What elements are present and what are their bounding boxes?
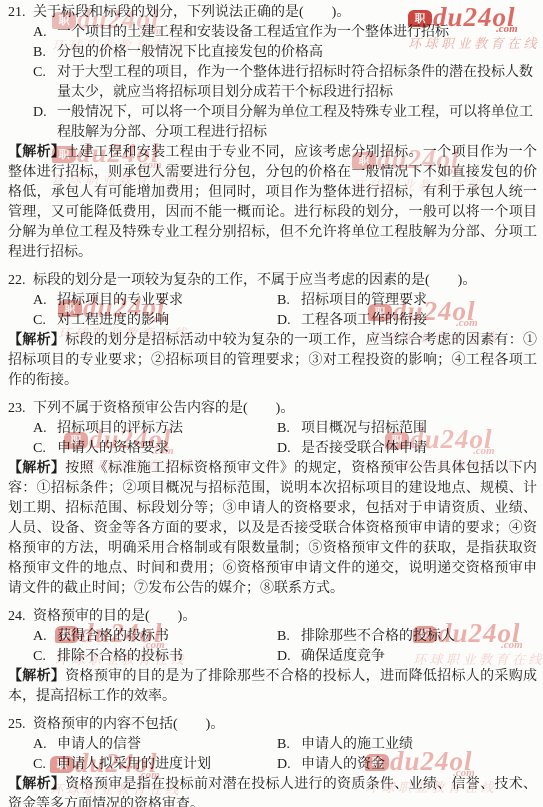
question-number: 22. [8, 271, 33, 291]
explanation: 【解析】资格预审是指在投标前对潜在投标人进行的资质条件、业绩、信誉、技术、资金等… [8, 775, 537, 807]
option-d: D.申请人的资金 [277, 755, 537, 775]
option-d: D.是否接受联合体申请 [277, 439, 537, 459]
option-label: A. [33, 627, 57, 647]
option-label: C. [33, 311, 57, 331]
option-a: A.招标项目的评标方法 [33, 419, 277, 439]
option-label: D. [277, 311, 301, 331]
explanation-text: 土建工程和安装工程由于专业不同，应该考虑分别招标。一个项目作为一个整体进行招标，… [8, 145, 537, 260]
option-text: 工程各项工作的衔接 [301, 311, 537, 331]
question-number: 23. [8, 399, 33, 419]
option-label: B. [33, 43, 57, 63]
option-text: 对工程进度的影响 [57, 311, 277, 331]
option-a: A.招标项目的专业要求 [33, 291, 277, 311]
question-number: 21. [8, 3, 33, 23]
explanation-text: 标段的划分是招标活动中较为复杂的一项工作，应当综合考虑的因素有：①招标项目的专业… [8, 333, 537, 388]
explanation: 【解析】标段的划分是招标活动中较为复杂的一项工作，应当综合考虑的因素有：①招标项… [8, 331, 537, 391]
option-label: B. [277, 735, 301, 755]
option-d: D.一般情况下，可以将一个项目分解为单位工程及特殊专业工程，可以将单位工程肢解为… [8, 103, 537, 143]
option-label: C. [33, 647, 57, 667]
option-label: A. [33, 735, 57, 755]
question-21: 21. 关于标段和标段的划分，下列说法正确的是( )。 A.一个项目的土建工程和… [8, 3, 537, 263]
option-c: C.对工程进度的影响 [33, 311, 277, 331]
option-text: 排除不合格的投标书 [57, 647, 277, 667]
option-text: 招标项目的评标方法 [57, 419, 277, 439]
option-text: 确保适度竞争 [301, 647, 537, 667]
option-label: B. [277, 291, 301, 311]
option-c: C.排除不合格的投标书 [33, 647, 277, 667]
option-d: D.确保适度竞争 [277, 647, 537, 667]
explanation-label: 【解析】 [8, 777, 65, 792]
option-text: 招标项目的专业要求 [57, 291, 277, 311]
option-text: 招标项目的管理要求 [301, 291, 537, 311]
option-text: 获得合格的投标书 [57, 627, 277, 647]
option-b: B.项目概况与招标范围 [277, 419, 537, 439]
option-text: 是否接受联合体申请 [301, 439, 537, 459]
option-label: B. [277, 419, 301, 439]
option-b: B.申请人的施工业绩 [277, 735, 537, 755]
question-stem: 下列不属于资格预审公告内容的是( )。 [33, 399, 537, 419]
option-text: 申请人的资金 [301, 755, 537, 775]
question-stem: 关于标段和标段的划分，下列说法正确的是( )。 [33, 3, 537, 23]
explanation: 【解析】资格预审的目的是为了排除那些不合格的投标人，进而降低招标人的采购成本，提… [8, 667, 537, 707]
option-text: 一个项目的土建工程和安装设备工程适宜作为一个整体进行招标 [57, 23, 537, 43]
option-c: C.对于大型工程的项目，作为一个整体进行招标时符合招标条件的潜在投标人数量太少，… [8, 63, 537, 103]
explanation-label: 【解析】 [8, 461, 65, 476]
scanned-exam-page: 职du24ol .com 环球职业教育在线 职du24ol .com 环球职业教… [0, 0, 543, 807]
question-stem: 资格预审的目的是( )。 [33, 607, 537, 627]
question-25: 25. 资格预审的内容不包括( )。 A.申请人的信誉 B.申请人的施工业绩 C… [8, 715, 537, 807]
option-label: A. [33, 291, 57, 311]
explanation-text: 资格预审是指在投标前对潜在投标人进行的资质条件、业绩、信誉、技术、资金等多方面情… [8, 777, 537, 807]
question-number: 24. [8, 607, 33, 627]
option-label: D. [277, 647, 301, 667]
question-number: 25. [8, 715, 33, 735]
option-text: 排除那些不合格的投标人 [301, 627, 537, 647]
explanation-label: 【解析】 [8, 669, 65, 684]
option-text: 申请人拟采用的进度计划 [57, 755, 277, 775]
options-grid: A.申请人的信誉 B.申请人的施工业绩 C.申请人拟采用的进度计划 D.申请人的… [8, 735, 537, 775]
option-a: A.一个项目的土建工程和安装设备工程适宜作为一个整体进行招标 [8, 23, 537, 43]
explanation-text: 资格预审的目的是为了排除那些不合格的投标人，进而降低招标人的采购成本，提高招标工… [8, 669, 537, 704]
explanation: 【解析】按照《标准施工招标资格预审文件》的规定，资格预审公告具体包括以下内容：①… [8, 459, 537, 599]
option-c: C.申请人拟采用的进度计划 [33, 755, 277, 775]
option-label: C. [33, 63, 57, 103]
explanation-text: 按照《标准施工招标资格预审文件》的规定，资格预审公告具体包括以下内容：①招标条件… [8, 461, 537, 596]
option-b: B.招标项目的管理要求 [277, 291, 537, 311]
option-label: B. [277, 627, 301, 647]
option-c: C.申请人的资格要求 [33, 439, 277, 459]
option-label: C. [33, 439, 57, 459]
option-label: D. [277, 439, 301, 459]
question-stem: 标段的划分是一项较为复杂的工作，不属于应当考虑的因素的是( )。 [33, 271, 537, 291]
option-text: 申请人的资格要求 [57, 439, 277, 459]
option-d: D.工程各项工作的衔接 [277, 311, 537, 331]
option-text: 一般情况下，可以将一个项目分解为单位工程及特殊专业工程，可以将单位工程肢解为分部… [57, 103, 537, 143]
option-label: D. [277, 755, 301, 775]
questions-list: 21. 关于标段和标段的划分，下列说法正确的是( )。 A.一个项目的土建工程和… [8, 3, 537, 807]
option-b: B.排除那些不合格的投标人 [277, 627, 537, 647]
option-a: A.申请人的信誉 [33, 735, 277, 755]
option-text: 项目概况与招标范围 [301, 419, 537, 439]
option-b: B.分包的价格一般情况下比直接发包的价格高 [8, 43, 537, 63]
option-label: A. [33, 419, 57, 439]
explanation: 【解析】土建工程和安装工程由于专业不同，应该考虑分别招标。一个项目作为一个整体进… [8, 143, 537, 263]
options-grid: A.获得合格的投标书 B.排除那些不合格的投标人 C.排除不合格的投标书 D.确… [8, 627, 537, 667]
question-22: 22. 标段的划分是一项较为复杂的工作，不属于应当考虑的因素的是( )。 A.招… [8, 271, 537, 391]
option-text: 申请人的信誉 [57, 735, 277, 755]
explanation-label: 【解析】 [8, 333, 65, 348]
question-stem: 资格预审的内容不包括( )。 [33, 715, 537, 735]
question-23: 23. 下列不属于资格预审公告内容的是( )。 A.招标项目的评标方法 B.项目… [8, 399, 537, 599]
option-text: 申请人的施工业绩 [301, 735, 537, 755]
options-grid: A.招标项目的专业要求 B.招标项目的管理要求 C.对工程进度的影响 D.工程各… [8, 291, 537, 331]
option-label: A. [33, 23, 57, 43]
option-label: C. [33, 755, 57, 775]
question-24: 24. 资格预审的目的是( )。 A.获得合格的投标书 B.排除那些不合格的投标… [8, 607, 537, 707]
option-label: D. [33, 103, 57, 143]
option-text: 分包的价格一般情况下比直接发包的价格高 [57, 43, 537, 63]
options-list: A.一个项目的土建工程和安装设备工程适宜作为一个整体进行招标 B.分包的价格一般… [8, 23, 537, 143]
option-a: A.获得合格的投标书 [33, 627, 277, 647]
options-grid: A.招标项目的评标方法 B.项目概况与招标范围 C.申请人的资格要求 D.是否接… [8, 419, 537, 459]
option-text: 对于大型工程的项目，作为一个整体进行招标时符合招标条件的潜在投标人数量太少，就应… [57, 63, 537, 103]
explanation-label: 【解析】 [8, 145, 65, 160]
